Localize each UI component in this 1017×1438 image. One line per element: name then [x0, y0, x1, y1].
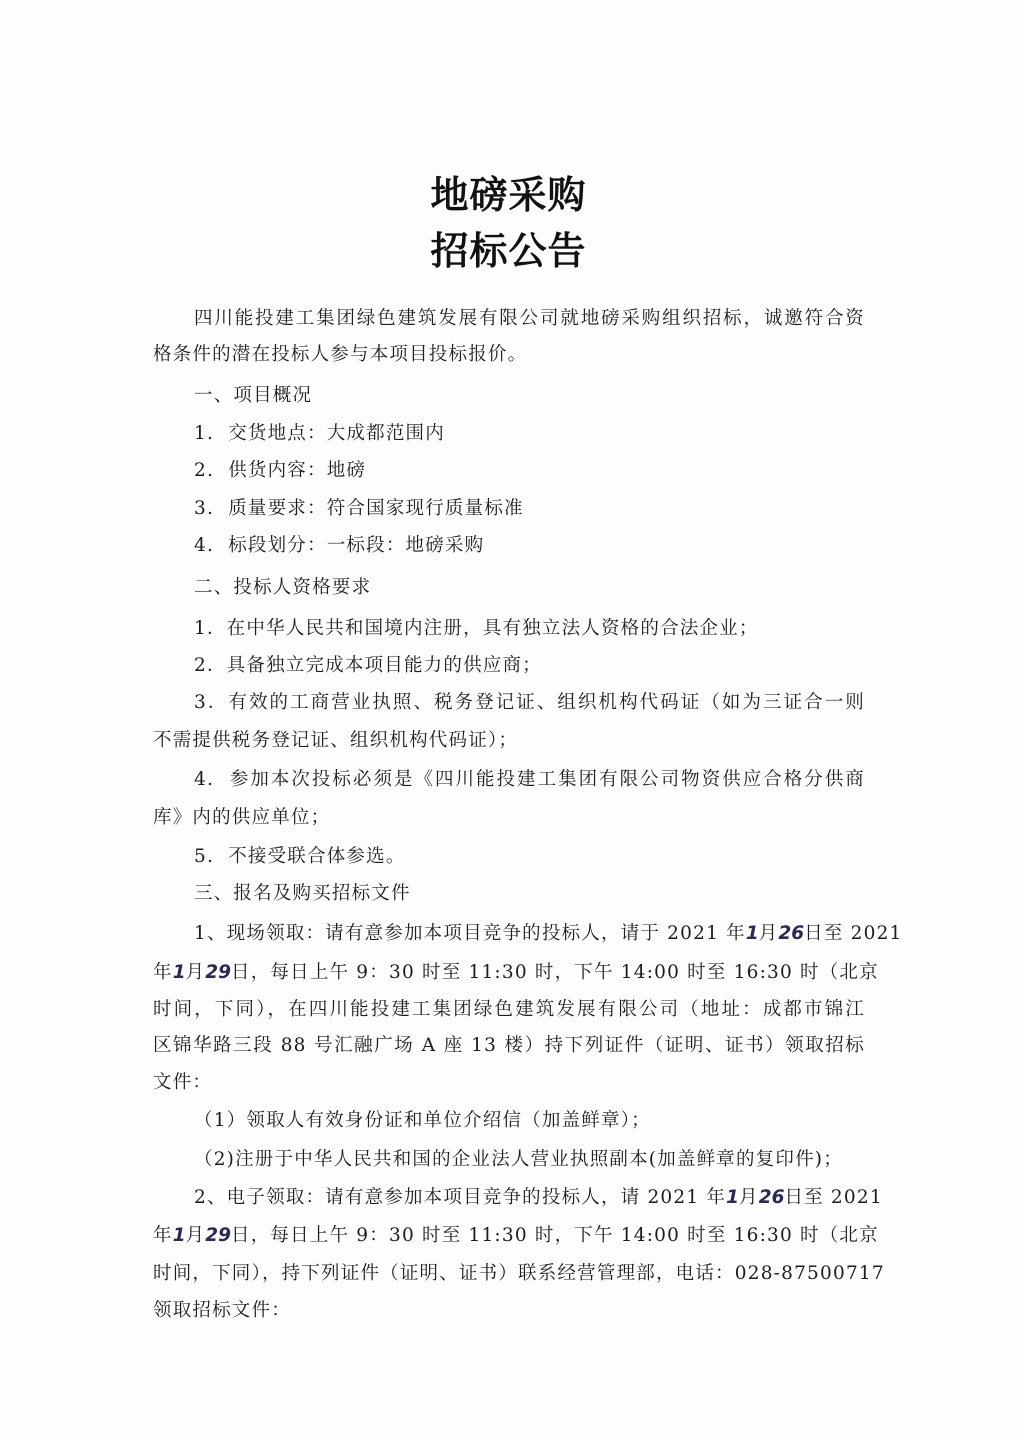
required-doc-2: （2)注册于中华人民共和国的企业法人营业执照副本(加盖鲜章的复印件)；	[194, 1147, 865, 1173]
handwritten-month: 1	[726, 1187, 739, 1208]
document-subtitle: 招标公告	[0, 220, 1017, 275]
intro-line-1: 四川能投建工集团绿色建筑发展有限公司就地磅采购组织招标，诚邀符合资	[194, 306, 865, 332]
handwritten-day: 26	[778, 923, 804, 944]
section2-heading: 二、投标人资格要求	[194, 575, 865, 601]
month-label: 月	[186, 962, 206, 983]
year-label: 年	[153, 1225, 173, 1246]
electronic-line-2: 年1月29日，每日上午 9：30 时至 11:30 时，下午 14:00 时至 …	[153, 1223, 865, 1249]
section2-item-3-line-2: 不需提供税务登记证、组织机构代码证）；	[153, 728, 865, 754]
year-label: 年	[153, 962, 173, 983]
section1-item-4: 4. 标段划分：一标段：地磅采购	[194, 533, 865, 559]
handwritten-day: 29	[205, 1225, 231, 1246]
onsite-text: 日至 2021	[804, 923, 902, 944]
electronic-line-3: 时间，下同），持下列证件（证明、证书）联系经营管理部，电话：028-875007…	[153, 1261, 865, 1287]
section3-heading: 三、报名及购买招标文件	[194, 881, 865, 907]
onsite-line-5: 文件：	[153, 1070, 865, 1096]
document-page: 地磅采购 招标公告 四川能投建工集团绿色建筑发展有限公司就地磅采购组织招标，诚邀…	[0, 0, 1017, 1438]
month-label: 月	[759, 923, 779, 944]
document-title: 地磅采购	[0, 164, 1017, 219]
handwritten-day: 29	[205, 962, 231, 983]
section2-item-3-line-1: 3．有效的工商营业执照、税务登记证、组织机构代码证（如为三证合一则	[194, 690, 865, 716]
electronic-text: 日至 2021	[784, 1187, 882, 1208]
onsite-text: 1、现场领取：请有意参加本项目竞争的投标人，请于 2021 年	[194, 923, 746, 944]
required-doc-1: （1）领取人有效身份证和单位介绍信（加盖鲜章）；	[194, 1108, 865, 1134]
section1-item-1: 1. 交货地点：大成都范围内	[194, 421, 865, 447]
month-label: 月	[186, 1225, 206, 1246]
section2-item-5: 5. 不接受联合体参选。	[194, 844, 865, 870]
electronic-text: 2、电子领取：请有意参加本项目竞争的投标人，请 2021 年	[194, 1187, 726, 1208]
onsite-line-2: 年1月29日，每日上午 9：30 时至 11:30 时，下午 14:00 时至 …	[153, 960, 865, 986]
onsite-line-1: 1、现场领取：请有意参加本项目竞争的投标人，请于 2021 年1月26日至 20…	[194, 921, 865, 947]
section2-item-1: 1．在中华人民共和国境内注册，具有独立法人资格的合法企业；	[194, 616, 865, 642]
onsite-text: 日，每日上午 9：30 时至 11:30 时，下午 14:00 时至 16:30…	[231, 962, 879, 983]
section1-item-2: 2. 供货内容：地磅	[194, 458, 865, 484]
section2-item-2: 2．具备独立完成本项目能力的供应商；	[194, 653, 865, 679]
electronic-line-4: 领取招标文件：	[153, 1298, 865, 1324]
section1-heading: 一、项目概况	[194, 383, 865, 409]
electronic-text: 日，每日上午 9：30 时至 11:30 时，下午 14:00 时至 16:30…	[231, 1225, 879, 1246]
handwritten-month: 1	[173, 1225, 186, 1246]
section2-item-4-line-1: 4. 参加本次投标必须是《四川能投建工集团有限公司物资供应合格分供商	[194, 767, 865, 793]
section2-item-4-line-2: 库》内的供应单位；	[153, 805, 865, 831]
month-label: 月	[739, 1187, 759, 1208]
handwritten-month: 1	[173, 962, 186, 983]
electronic-line-1: 2、电子领取：请有意参加本项目竞争的投标人，请 2021 年1月26日至 202…	[194, 1185, 865, 1211]
handwritten-month: 1	[746, 923, 759, 944]
onsite-line-4: 区锦华路三段 88 号汇融广场 A 座 13 楼）持下列证件（证明、证书）领取招…	[153, 1033, 865, 1059]
section1-item-3: 3. 质量要求：符合国家现行质量标准	[194, 496, 865, 522]
onsite-line-3: 时间，下同），在四川能投建工集团绿色建筑发展有限公司（地址：成都市锦江	[153, 997, 865, 1023]
handwritten-day: 26	[759, 1187, 785, 1208]
intro-line-2: 格条件的潜在投标人参与本项目投标报价。	[153, 342, 865, 368]
